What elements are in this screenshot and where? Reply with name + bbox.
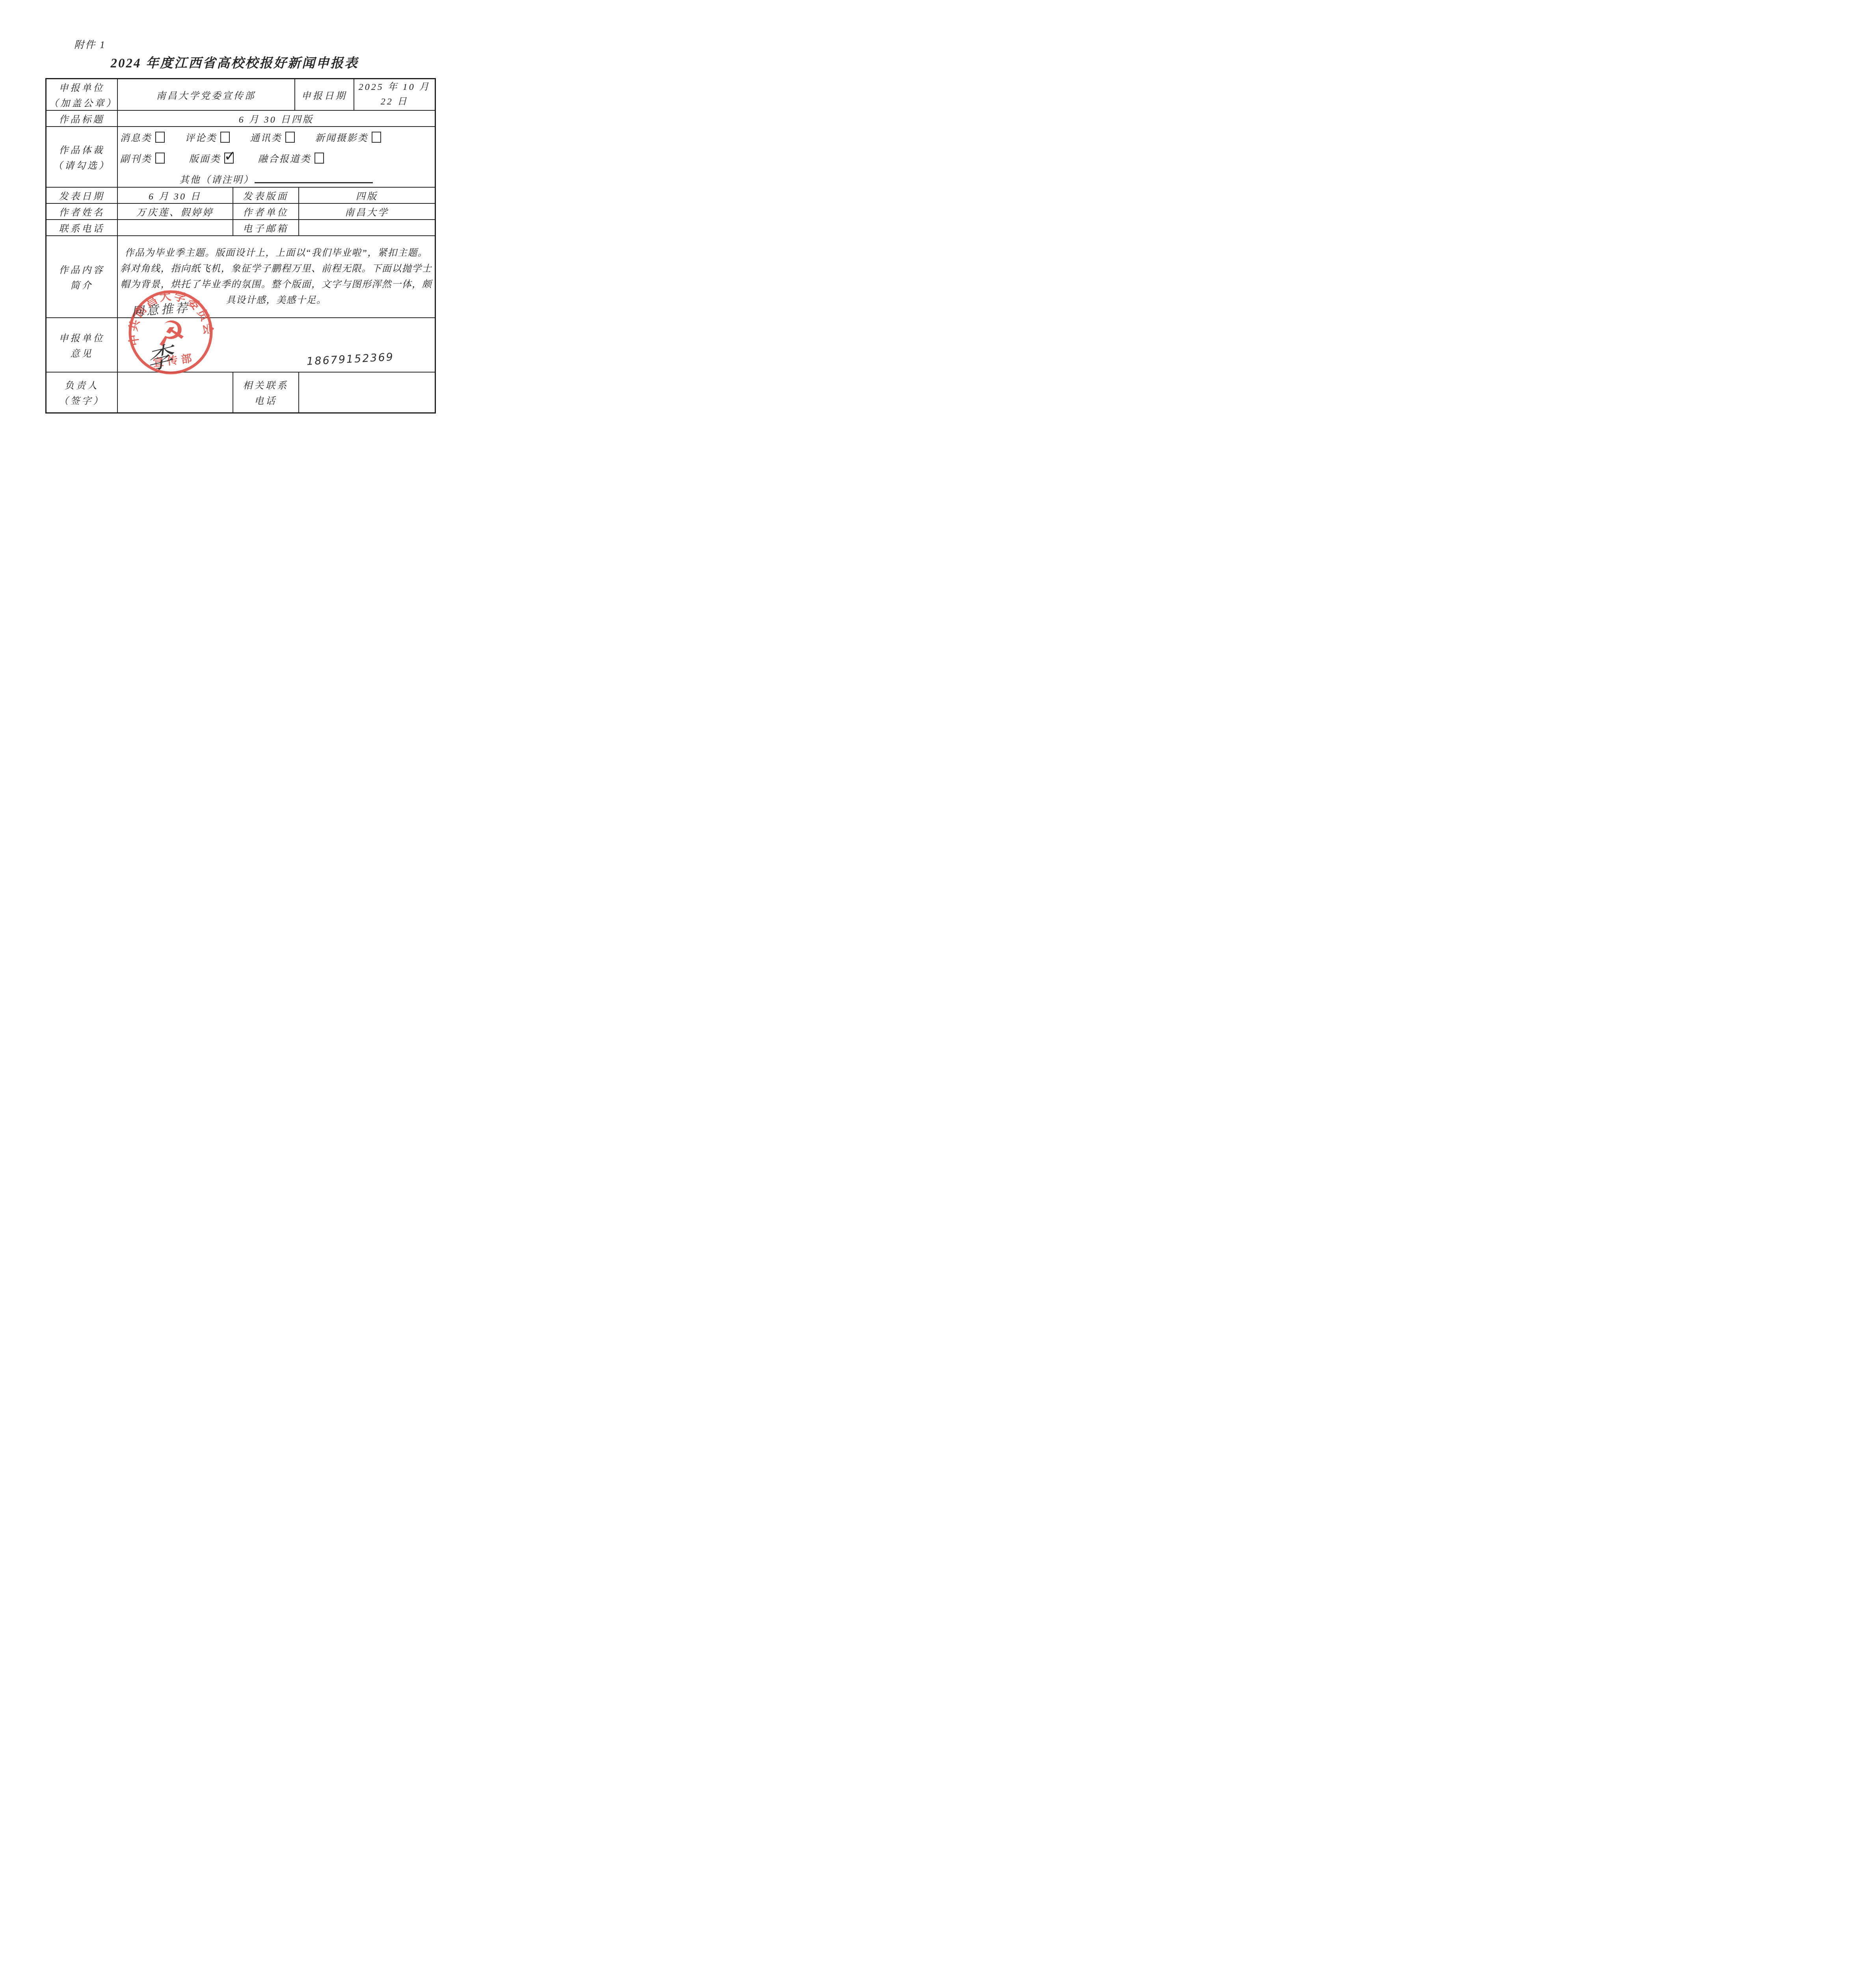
author-unit-label: 作者单位 (233, 203, 299, 220)
genre-other-label: 其他（请注明） (179, 175, 254, 186)
attachment-label: 附件 1 (74, 37, 106, 51)
signer-label-line2: （签字） (49, 393, 115, 407)
genre-option[interactable]: 新闻摄影类 (315, 130, 381, 144)
summary-label: 作品内容 简介 (46, 236, 117, 318)
genre-option[interactable]: 版面类✓ (189, 151, 234, 165)
checkbox-icon[interactable] (285, 132, 295, 143)
email-value (299, 220, 435, 236)
table-row: 负责人 （签字） 相关联系 电话 (46, 372, 435, 413)
declare-date-label: 申报日期 (295, 79, 354, 111)
checkbox-icon[interactable] (315, 153, 324, 164)
genre-other-row: 其他（请注明） (120, 172, 433, 186)
genre-row-2: 副刊类 版面类✓ 融合报道类 (120, 151, 433, 165)
signature-cell (117, 372, 233, 413)
related-phone-label-line2: 电话 (236, 393, 296, 407)
genre-option[interactable]: 副刊类 (120, 151, 165, 165)
table-row: 联系电话 电子邮箱 (46, 220, 435, 236)
opinion-label-line1: 申报单位 (49, 330, 115, 344)
genre-option-label: 副刊类 (120, 154, 152, 164)
genre-option-label: 消息类 (120, 133, 152, 143)
fill-in-line (255, 172, 373, 183)
summary-label-line2: 简介 (49, 278, 115, 291)
signature-handwriting: 李 (145, 334, 174, 378)
publish-page-value: 四版 (299, 187, 435, 203)
checkbox-icon[interactable] (220, 132, 230, 143)
table-row: 作品体裁 （请勾选） 消息类 评论类 通讯类 新闻摄影类 副刊类 版面类✓ 融合… (46, 127, 435, 187)
genre-row-1: 消息类 评论类 通讯类 新闻摄影类 (120, 130, 433, 144)
declare-date-line1: 2025 年 10 月 (357, 80, 433, 95)
genre-options: 消息类 评论类 通讯类 新闻摄影类 副刊类 版面类✓ 融合报道类 其他（请注明） (117, 127, 435, 187)
scanned-application-form-page: 附件 1 2024 年度江西省高校校报好新闻申报表 申报单位 （加盖公章） 南昌… (0, 0, 469, 663)
declare-unit-value: 南昌大学党委宣传部 (117, 79, 295, 111)
table-row: 发表日期 6 月 30 日 发表版面 四版 (46, 187, 435, 203)
checkbox-icon[interactable] (155, 132, 165, 143)
author-name-label: 作者姓名 (46, 203, 117, 220)
genre-label-line2: （请勾选） (49, 158, 115, 171)
checkbox-icon[interactable]: ✓ (224, 153, 234, 164)
contact-phone-value (117, 220, 233, 236)
declare-unit-label: 申报单位 （加盖公章） (46, 79, 117, 111)
genre-option-label: 评论类 (185, 133, 217, 143)
genre-option[interactable]: 消息类 (120, 130, 165, 144)
declare-unit-label-line1: 申报单位 (49, 80, 115, 94)
genre-option[interactable]: 通讯类 (250, 130, 295, 144)
declare-date-line2: 22 日 (357, 95, 433, 109)
related-phone-label: 相关联系 电话 (233, 372, 299, 413)
publish-date-label: 发表日期 (46, 187, 117, 203)
publish-date-value: 6 月 30 日 (117, 187, 233, 203)
genre-label-line1: 作品体裁 (49, 142, 115, 156)
declare-unit-label-line2: （加盖公章） (49, 95, 115, 109)
checkbox-icon[interactable] (155, 153, 165, 164)
table-row: 作品内容 简介 作品为毕业季主题。版面设计上，上面以“我们毕业啦”，紧扣主题。斜… (46, 236, 435, 318)
publish-page-label: 发表版面 (233, 187, 299, 203)
genre-option-label: 通讯类 (250, 133, 282, 143)
genre-label: 作品体裁 （请勾选） (46, 127, 117, 187)
genre-option[interactable]: 评论类 (185, 130, 230, 144)
checkbox-mark: ✓ (224, 148, 237, 164)
table-row: 申报单位 （加盖公章） 南昌大学党委宣传部 申报日期 2025 年 10 月 2… (46, 79, 435, 111)
table-row: 作品标题 6 月 30 日四版 (46, 110, 435, 127)
author-name-value: 万庆莲、假婷婷 (117, 203, 233, 220)
author-unit-value: 南昌大学 (299, 203, 435, 220)
table-row: 作者姓名 万庆莲、假婷婷 作者单位 南昌大学 (46, 203, 435, 220)
related-phone-label-line1: 相关联系 (236, 378, 296, 391)
declare-date-value: 2025 年 10 月 22 日 (354, 79, 435, 111)
email-label: 电子邮箱 (233, 220, 299, 236)
opinion-label-line2: 意见 (49, 346, 115, 360)
checkbox-icon[interactable] (372, 132, 381, 143)
signer-label: 负责人 （签字） (46, 372, 117, 413)
genre-option-label: 新闻摄影类 (315, 133, 368, 143)
page-title: 2024 年度江西省高校校报好新闻申报表 (0, 53, 469, 71)
contact-phone-label: 联系电话 (46, 220, 117, 236)
genre-option-label: 版面类 (189, 154, 221, 164)
work-title-value: 6 月 30 日四版 (117, 110, 435, 127)
genre-option[interactable]: 融合报道类 (258, 151, 324, 165)
opinion-label: 申报单位 意见 (46, 318, 117, 372)
related-phone-cell (299, 372, 435, 413)
work-title-label: 作品标题 (46, 110, 117, 127)
summary-label-line1: 作品内容 (49, 262, 115, 276)
genre-option-label: 融合报道类 (258, 154, 311, 164)
signer-label-line1: 负责人 (49, 378, 115, 391)
